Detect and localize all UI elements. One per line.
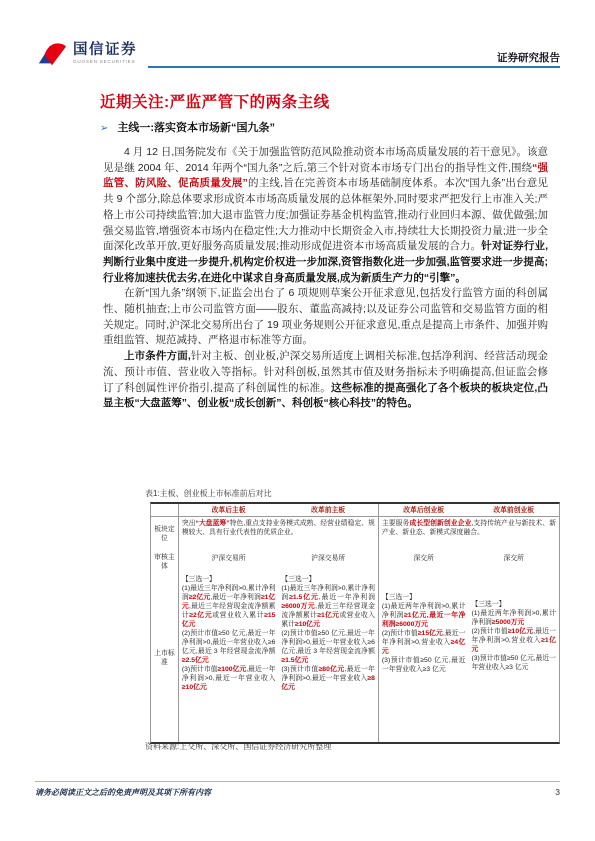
brand-text: 国信证券 GUOSEN SECURITIES: [73, 42, 137, 64]
paragraph: 在新“国九条”纲领下,证监会出台了 6 项规则草案公开征求意见,包括发行监管方面…: [103, 286, 548, 349]
row-label: 板块定位: [151, 517, 179, 551]
standards-chinext-before-cell: 【三选一】 (1)最近两年净利润>0,累计净利润≥5000万元 (2)预计市值≥…: [468, 573, 559, 742]
col-header-main-before: 改革前主板: [278, 504, 378, 516]
page-title: 近期关注:严监严管下的两条主线: [100, 90, 330, 112]
row-label: 上市标准: [151, 573, 179, 742]
header-divider: [148, 66, 560, 68]
standards-main-after-cell: 【三选一】 (1)最近三年净利润>0,累计净利润≥2亿元,最近一年净利润≥1亿元…: [179, 573, 279, 742]
table-source-note: 资料来源:上交所、深交所、国信证券经济研究所整理: [145, 741, 331, 752]
page-number: 3: [555, 787, 560, 797]
table-corner-cell: [151, 504, 179, 516]
row-label: 审核主体: [151, 551, 179, 573]
review-body-cell: 深交所: [468, 551, 559, 573]
table-header-row: 改革后主板 改革前主板 改革后创业板 改革前创业板: [151, 504, 559, 517]
brand-name-en: GUOSEN SECURITIES: [73, 59, 137, 64]
review-body-cell: 深交所: [378, 551, 469, 573]
arrow-bullet-icon: ➢: [100, 123, 108, 134]
guosen-logo-icon: [37, 38, 67, 68]
table-row-positioning: 板块定位 突出“大盘蓝筹”特色,重点支持业务模式成熟、经营业绩稳定、规模较大、具…: [151, 517, 559, 551]
report-type-label: 证券研究报告: [497, 50, 560, 65]
footer-divider: [35, 781, 560, 782]
paragraph: 上市条件方面,针对主板、创业板,沪深交易所适度上调相关标准,包括净利润、经营活动…: [103, 349, 548, 412]
table-row-review-body: 审核主体 沪深交易所 沪深交易所 深交所 深交所: [151, 551, 559, 573]
guosen-logo: 国信证券 GUOSEN SECURITIES: [37, 38, 137, 68]
body-text: 4 月 12 日,国务院发布《关于加强监管防范风险推动资本市场高质量发展的若干意…: [103, 145, 548, 412]
standards-chinext-after-cell: 【三选一】 (1)最近两年净利润>0,累计净利润≥1亿元,最近一年净利润≥600…: [378, 573, 469, 742]
review-body-cell: 沪深交易所: [179, 551, 279, 573]
brand-name-cn: 国信证券: [73, 42, 137, 58]
footer-disclaimer: 请务必阅读正文之后的免责声明及其项下所有内容: [35, 787, 211, 798]
section-heading: ➢ 主线一:落实资本市场新“国九条”: [100, 119, 275, 135]
positioning-main-board-cell: 突出“大盘蓝筹”特色,重点支持业务模式成熟、经营业绩稳定、规模较大、具有行业代表…: [179, 517, 378, 551]
col-header-main-after: 改革后主板: [179, 504, 279, 516]
standards-main-before-cell: 【三选一】 (1)最近三年净利润>0,累计净利润≥1.5亿元,最近一年净利润≥6…: [278, 573, 378, 742]
positioning-chinext-cell: 主要服务成长型创新创业企业,支持传统产业与新技术、新产业、新业态、新模式深度融合…: [378, 517, 559, 551]
section-heading-text: 主线一:落实资本市场新“国九条”: [117, 119, 275, 135]
review-body-cell: 沪深交易所: [278, 551, 378, 573]
col-header-chinext-before: 改革前创业板: [468, 504, 559, 516]
report-page: 国信证券 GUOSEN SECURITIES 证券研究报告 近期关注:严监严管下…: [0, 0, 595, 841]
listing-standards-table: 改革后主板 改革前主板 改革后创业板 改革前创业板 板块定位 突出“大盘蓝筹”特…: [150, 502, 560, 744]
paragraph: 4 月 12 日,国务院发布《关于加强监管防范风险推动资本市场高质量发展的若干意…: [103, 145, 548, 286]
table-row-listing-standards: 上市标准 【三选一】 (1)最近三年净利润>0,累计净利润≥2亿元,最近一年净利…: [151, 573, 559, 742]
col-header-chinext-after: 改革后创业板: [378, 504, 469, 516]
table-title: 表1:主板、创业板上市标准前后对比: [145, 488, 272, 499]
